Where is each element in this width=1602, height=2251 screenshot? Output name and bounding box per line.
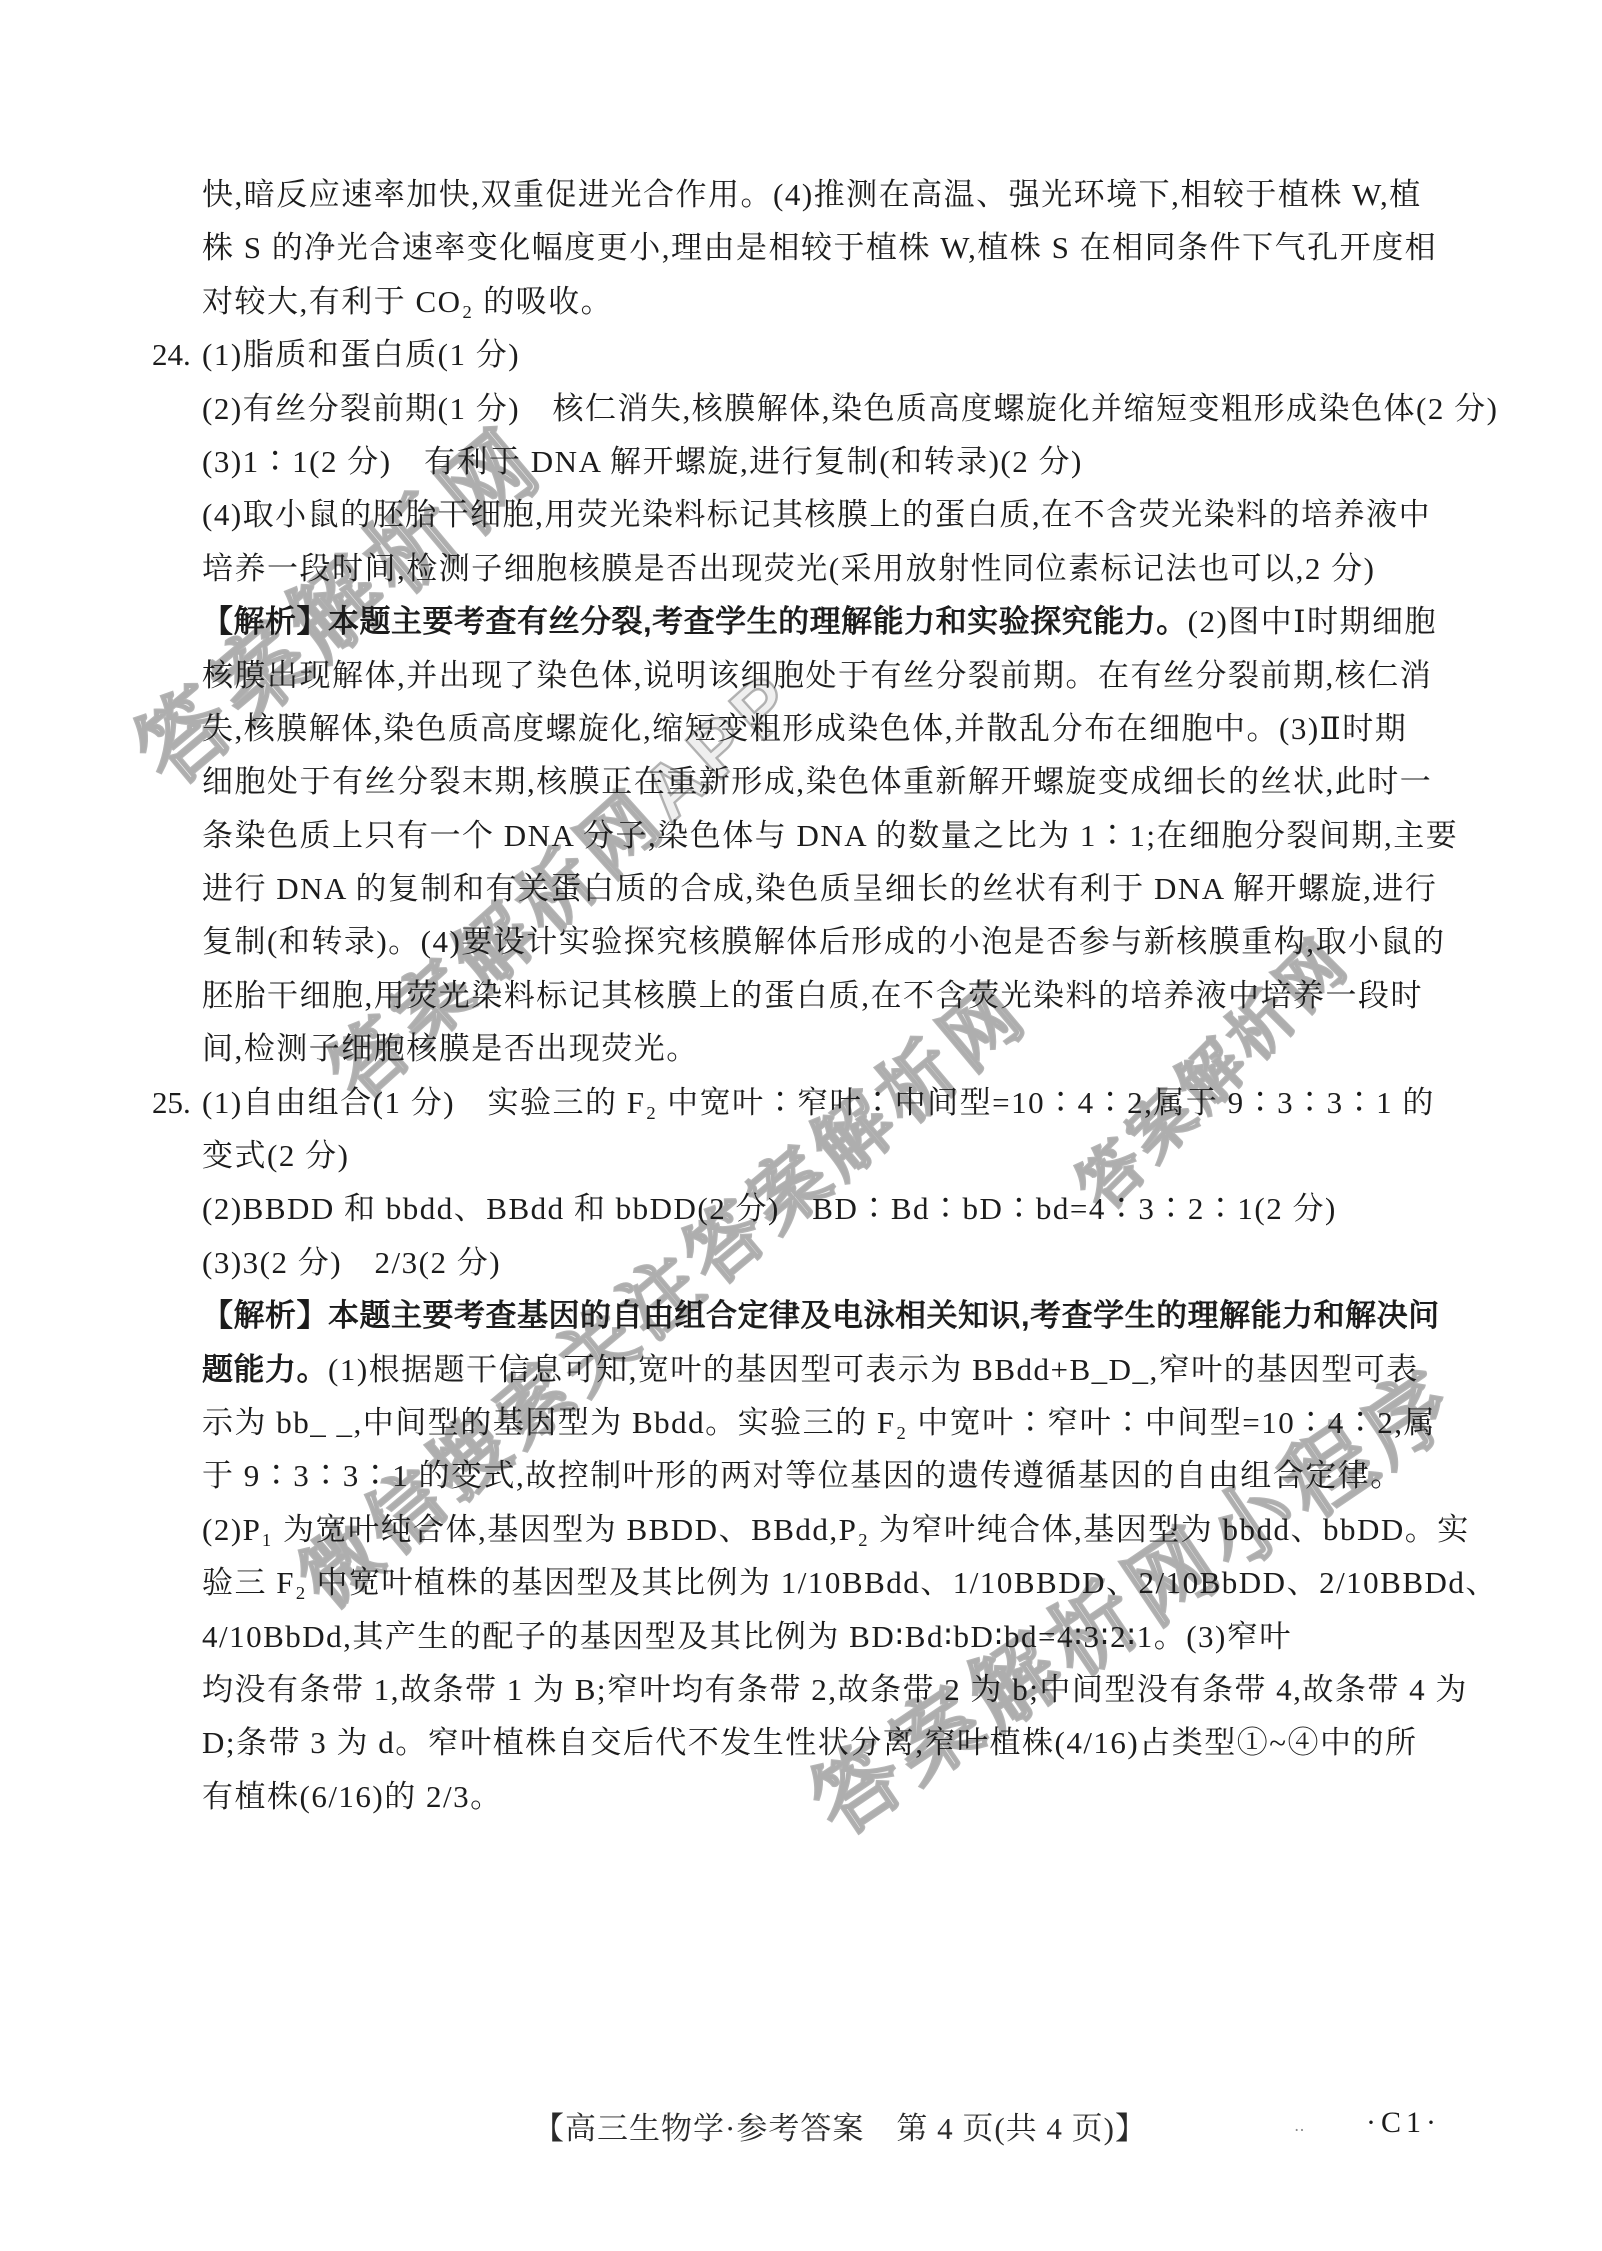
answer-text: D;条带 3 为 d。窄叶植株自交后代不发生性状分离,窄叶植株(4/16)占类型… [202, 1725, 1418, 1760]
text-line: 【解析】本题主要考查基因的自由组合定律及电泳相关知识,考查学生的理解能力和解决问 [152, 1289, 1482, 1342]
answer-text: 复制(和转录)。(4)要设计实验探究核膜解体后形成的小泡是否参与新核膜重构,取小… [202, 924, 1446, 959]
answer-sheet-page: 答案解析网答案解析网APP答案解析网微信搜索关注答案解析网答案解析网小程序 快,… [0, 0, 1602, 2251]
footer-mark: ‥ [1294, 2116, 1305, 2136]
answer-text: 示为 bb_ _,中间型的基因型为 Bbdd。实验三的 F₂ 中宽叶∶窄叶∶中间… [202, 1405, 1436, 1440]
text-line: 验三 F₂ 中宽叶植株的基因型及其比例为 1/10BBdd、1/10BBDD、2… [152, 1556, 1482, 1609]
answer-text: 快,暗反应速率加快,双重促进光合作用。(4)推测在高温、强光环境下,相较于植株 … [202, 177, 1422, 212]
answer-text: 有植株(6/16)的 2/3。 [202, 1779, 503, 1814]
answer-text: (4)取小鼠的胚胎干细胞,用荧光染料标记其核膜上的蛋白质,在不含荧光染料的培养液… [202, 497, 1431, 532]
answer-text: (2)P₁ 为宽叶纯合体,基因型为 BBDD、BBdd,P₂ 为窄叶纯合体,基因… [202, 1512, 1470, 1547]
answer-text: 细胞处于有丝分裂末期,核膜正在重新形成,染色体重新解开螺旋变成细长的丝状,此时一 [202, 764, 1432, 799]
text-line: (2)有丝分裂前期(1 分) 核仁消失,核膜解体,染色质高度螺旋化并缩短变粗形成… [152, 382, 1482, 435]
text-line: (3)3(2 分) 2/3(2 分) [152, 1236, 1482, 1289]
answer-text: 间,检测子细胞核膜是否出现荧光。 [202, 1031, 699, 1066]
answer-text: 胚胎干细胞,用荧光染料标记其核膜上的蛋白质,在不含荧光染料的培养液中培养一段时 [202, 978, 1423, 1013]
text-line: 复制(和转录)。(4)要设计实验探究核膜解体后形成的小泡是否参与新核膜重构,取小… [152, 915, 1482, 968]
text-line: 4/10BbDd,其产生的配子的基因型及其比例为 BD∶Bd∶bD∶bd=4∶3… [152, 1610, 1482, 1663]
answer-text: 变式(2 分) [202, 1138, 349, 1173]
question-number: 25. [152, 1076, 191, 1129]
text-line: 有植株(6/16)的 2/3。 [152, 1770, 1482, 1823]
text-line: 均没有条带 1,故条带 1 为 B;窄叶均有条带 2,故条带 2 为 b;中间型… [152, 1663, 1482, 1716]
text-line: 培养一段时间,检测子细胞核膜是否出现荧光(采用放射性同位素标记法也可以,2 分) [152, 542, 1482, 595]
answer-text: 进行 DNA 的复制和有关蛋白质的合成,染色质呈细长的丝状有利于 DNA 解开螺… [202, 871, 1437, 906]
text-line: 25.(1)自由组合(1 分) 实验三的 F₂ 中宽叶∶窄叶∶中间型=10∶4∶… [152, 1076, 1482, 1129]
answer-text: 4/10BbDd,其产生的配子的基因型及其比例为 BD∶Bd∶bD∶bd=4∶3… [202, 1619, 1292, 1654]
answer-text: (2)图中Ⅰ时期细胞 [1188, 604, 1437, 639]
answer-text: (1)自由组合(1 分) 实验三的 F₂ 中宽叶∶窄叶∶中间型=10∶4∶2,属… [202, 1085, 1435, 1120]
analysis-label-text: 【解析】本题主要考查基因的自由组合定律及电泳相关知识,考查学生的理解能力和解决问 [202, 1298, 1440, 1333]
answer-text: 培养一段时间,检测子细胞核膜是否出现荧光(采用放射性同位素标记法也可以,2 分) [202, 551, 1375, 586]
text-line: 题能力。(1)根据题干信息可知,宽叶的基因型可表示为 BBdd+B_D_,窄叶的… [152, 1343, 1482, 1396]
text-line: (4)取小鼠的胚胎干细胞,用荧光染料标记其核膜上的蛋白质,在不含荧光染料的培养液… [152, 488, 1482, 541]
text-line: (2)BBDD 和 bbdd、BBdd 和 bbDD(2 分) BD∶Bd∶bD… [152, 1182, 1482, 1235]
analysis-label-text: 【解析】本题主要考查有丝分裂,考查学生的理解能力和实验探究能力。 [202, 604, 1188, 639]
text-line: 失,核膜解体,染色质高度螺旋化,缩短变粗形成染色体,并散乱分布在细胞中。(3)Ⅱ… [152, 702, 1482, 755]
answer-text: 核膜出现解体,并出现了染色体,说明该细胞处于有丝分裂前期。在有丝分裂前期,核仁消 [202, 658, 1432, 693]
text-line: (3)1∶1(2 分) 有利于 DNA 解开螺旋,进行复制(和转录)(2 分) [152, 435, 1482, 488]
answer-text: 条染色质上只有一个 DNA 分子,染色体与 DNA 的数量之比为 1∶1;在细胞… [202, 818, 1458, 853]
footer-title: 【高三生物学·参考答案 第 4 页(共 4 页)】 [533, 2103, 1147, 2148]
text-line: 核膜出现解体,并出现了染色体,说明该细胞处于有丝分裂前期。在有丝分裂前期,核仁消 [152, 649, 1482, 702]
answer-text: (2)有丝分裂前期(1 分) 核仁消失,核膜解体,染色质高度螺旋化并缩短变粗形成… [202, 391, 1498, 426]
answer-text: 失,核膜解体,染色质高度螺旋化,缩短变粗形成染色体,并散乱分布在细胞中。(3)Ⅱ… [202, 711, 1407, 746]
answer-text: (3)3(2 分) 2/3(2 分) [202, 1245, 501, 1280]
analysis-label-text: 题能力。 [202, 1352, 328, 1387]
text-line: 于 9∶3∶3∶1 的变式,故控制叶形的两对等位基因的遗传遵循基因的自由组合定律… [152, 1449, 1482, 1502]
answer-text: (2)BBDD 和 bbdd、BBdd 和 bbDD(2 分) BD∶Bd∶bD… [202, 1191, 1337, 1226]
text-line: 变式(2 分) [152, 1129, 1482, 1182]
text-line: D;条带 3 为 d。窄叶植株自交后代不发生性状分离,窄叶植株(4/16)占类型… [152, 1716, 1482, 1769]
text-line: 胚胎干细胞,用荧光染料标记其核膜上的蛋白质,在不含荧光染料的培养液中培养一段时 [152, 969, 1482, 1022]
footer-page-code: ·C1· [1366, 2106, 1441, 2140]
answer-text: 验三 F₂ 中宽叶植株的基因型及其比例为 1/10BBdd、1/10BBDD、2… [202, 1565, 1498, 1600]
text-line: 【解析】本题主要考查有丝分裂,考查学生的理解能力和实验探究能力。(2)图中Ⅰ时期… [152, 595, 1482, 648]
text-line: 进行 DNA 的复制和有关蛋白质的合成,染色质呈细长的丝状有利于 DNA 解开螺… [152, 862, 1482, 915]
answer-text: (1)脂质和蛋白质(1 分) [202, 337, 520, 372]
text-line: 细胞处于有丝分裂末期,核膜正在重新形成,染色体重新解开螺旋变成细长的丝状,此时一 [152, 755, 1482, 808]
text-line: (2)P₁ 为宽叶纯合体,基因型为 BBDD、BBdd,P₂ 为窄叶纯合体,基因… [152, 1503, 1482, 1556]
answer-text: 均没有条带 1,故条带 1 为 B;窄叶均有条带 2,故条带 2 为 b;中间型… [202, 1672, 1468, 1707]
answer-text: 于 9∶3∶3∶1 的变式,故控制叶形的两对等位基因的遗传遵循基因的自由组合定律… [202, 1458, 1403, 1493]
answer-text: 株 S 的净光合速率变化幅度更小,理由是相较于植株 W,植株 S 在相同条件下气… [202, 230, 1437, 265]
answer-text: (3)1∶1(2 分) 有利于 DNA 解开螺旋,进行复制(和转录)(2 分) [202, 444, 1083, 479]
question-number: 24. [152, 328, 191, 381]
text-line: 快,暗反应速率加快,双重促进光合作用。(4)推测在高温、强光环境下,相较于植株 … [152, 168, 1482, 221]
text-line: 条染色质上只有一个 DNA 分子,染色体与 DNA 的数量之比为 1∶1;在细胞… [152, 809, 1482, 862]
text-line: 间,检测子细胞核膜是否出现荧光。 [152, 1022, 1482, 1075]
document-body: 快,暗反应速率加快,双重促进光合作用。(4)推测在高温、强光环境下,相较于植株 … [152, 168, 1482, 1823]
text-line: 株 S 的净光合速率变化幅度更小,理由是相较于植株 W,植株 S 在相同条件下气… [152, 221, 1482, 274]
answer-text: 对较大,有利于 CO₂ 的吸收。 [202, 284, 613, 319]
text-line: 24.(1)脂质和蛋白质(1 分) [152, 328, 1482, 381]
text-line: 对较大,有利于 CO₂ 的吸收。 [152, 275, 1482, 328]
answer-text: (1)根据题干信息可知,宽叶的基因型可表示为 BBdd+B_D_,窄叶的基因型可… [328, 1352, 1419, 1387]
text-line: 示为 bb_ _,中间型的基因型为 Bbdd。实验三的 F₂ 中宽叶∶窄叶∶中间… [152, 1396, 1482, 1449]
